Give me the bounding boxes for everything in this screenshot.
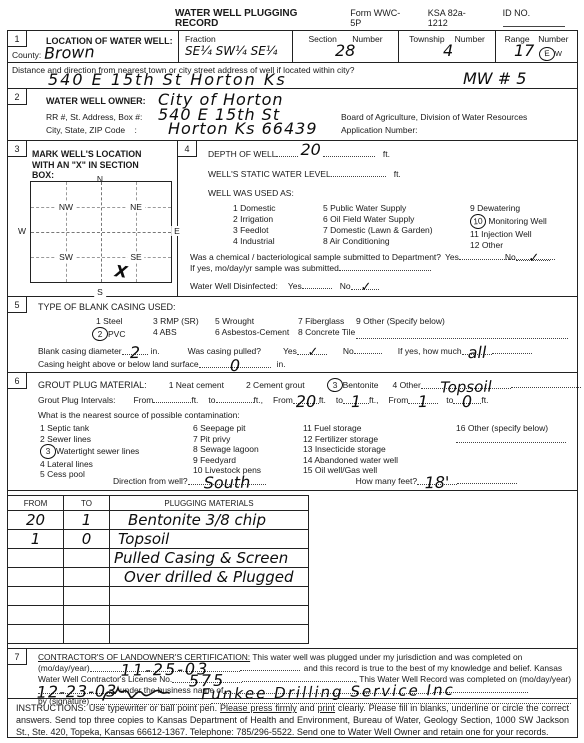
county-value: Brown xyxy=(44,42,95,63)
to-cell xyxy=(64,587,110,606)
casing-option: 4 ABS xyxy=(153,327,177,337)
section5-casing: 5 TYPE OF BLANK CASING USED: 1 Steel 3 R… xyxy=(8,297,577,373)
used-as-option: 11 Injection Well xyxy=(470,229,577,240)
section2-owner: 2 WATER WELL OWNER: City of Horton RR #,… xyxy=(8,89,577,141)
depth-value: 20 xyxy=(300,145,320,155)
range-west: W xyxy=(555,49,562,58)
section6-number: 6 xyxy=(8,373,27,389)
section-value: 28 xyxy=(335,41,355,60)
casing-option: 3 RMP (SR) xyxy=(153,316,199,326)
direction-line: Direction from well? South How many feet… xyxy=(113,475,517,486)
to-cell xyxy=(64,625,110,644)
used-as-option: 6 Oil Field Water Supply xyxy=(323,214,433,225)
depth-unit: ft. xyxy=(383,149,390,159)
static-level-line: WELL'S STATIC WATER LEVEL ft. xyxy=(208,168,401,179)
compass-s-label: S xyxy=(94,287,106,297)
used-as-col2: 5 Public Water Supply 6 Oil Field Water … xyxy=(323,203,433,247)
township-number-label: Number xyxy=(455,34,485,44)
section4-number: 4 xyxy=(178,141,197,157)
fraction-label: Fraction xyxy=(179,31,292,44)
fraction-column: Fraction SE¼ SW¼ SE¼ xyxy=(178,31,292,62)
fraction-value: SE¼ SW¼ SE¼ xyxy=(185,44,277,58)
form-header: WATER WELL PLUGGING RECORD Form WWC-5P K… xyxy=(175,8,584,29)
used-as-option: 9 Dewatering xyxy=(470,203,577,214)
if-yes-line: If yes, mo/day/yr sample was submitted xyxy=(190,262,431,273)
depth-label: DEPTH OF WELL xyxy=(208,149,276,159)
feet-label: How many feet? xyxy=(356,476,417,486)
casing-option: 8 Concrete Tile xyxy=(298,327,355,337)
used-as-option: 3 Feedlot xyxy=(233,225,276,236)
depth-line: DEPTH OF WELL 20 ft. xyxy=(208,147,390,159)
grout-other-label: 4 Other xyxy=(392,380,420,390)
section-column: Section Number 28 xyxy=(292,31,398,62)
instructions-block: INSTRUCTIONS: Use typewriter or ball poi… xyxy=(8,699,577,737)
business-name-value: Funkee Drilling Service Inc xyxy=(202,685,456,699)
range-column: Range Number 17 EW xyxy=(495,31,577,62)
quadrant-ne-label: NE xyxy=(127,202,145,212)
casing-height-value: 0 xyxy=(229,361,239,371)
section7-certification: 7 CONTRACTOR'S OF LANDOWNER'S CERTIFICAT… xyxy=(8,649,577,699)
county-label: County: xyxy=(12,50,41,60)
section1-number: 1 xyxy=(8,31,27,47)
contamination-option: 4 Lateral lines xyxy=(40,459,139,470)
used-as-option: 8 Air Conditioning xyxy=(323,236,433,247)
print-underlined: print xyxy=(318,703,336,713)
direction-label: Direction from well? xyxy=(113,476,188,486)
interval2-to: 1 xyxy=(351,397,361,407)
used-as-option-circled: 10 Monitoring Well xyxy=(470,214,577,229)
casing-height-line: Casing height above or below land surfac… xyxy=(38,359,286,369)
contamination-question: What is the nearest source of possible c… xyxy=(38,410,240,420)
how-much-label: If yes, how much xyxy=(398,346,462,356)
material-cell xyxy=(110,625,309,644)
contamination-option: 13 Insecticide storage xyxy=(303,444,398,455)
casing-option: 5 Wrought xyxy=(215,316,254,326)
to-cell xyxy=(64,568,110,587)
form-title: WATER WELL PLUGGING RECORD xyxy=(175,9,328,29)
chem-sample-line: Was a chemical / bacteriological sample … xyxy=(190,251,550,262)
distance-row: Distance and direction from nearest town… xyxy=(8,63,577,89)
scanned-form-page: WATER WELL PLUGGING RECORD Form WWC-5P K… xyxy=(0,0,584,743)
table-row xyxy=(8,587,309,606)
table-row: Pulled Casing & Screen xyxy=(8,549,309,568)
used-as-col1: 1 Domestic 2 Irrigation 3 Feedlot 4 Indu… xyxy=(233,203,276,247)
board-of-agriculture-label: Board of Agriculture, Division of Water … xyxy=(341,112,527,122)
used-as-option: 5 Public Water Supply xyxy=(323,203,433,214)
grout-intervals-line: Grout Plug Intervals: Fromft. toft., Fro… xyxy=(38,394,488,405)
pulled-yes-checkmark: ✓ xyxy=(307,348,318,358)
section6-grout: 6 GROUT PLUG MATERIAL: 1 Neat cement 2 C… xyxy=(8,373,577,491)
used-as-option: 4 Industrial xyxy=(233,236,276,247)
plugging-table-region: FROM TO PLUGGING MATERIALS 20 1 Bentonit… xyxy=(8,491,577,649)
feet-value: 18' xyxy=(425,478,450,488)
casing-option: 6 Asbestos-Cement xyxy=(215,327,289,337)
contamination-option: 6 Seepage pit xyxy=(193,423,261,434)
direction-value: South xyxy=(203,478,250,489)
contamination-col3: 11 Fuel storage 12 Fertilizer storage 13… xyxy=(303,423,398,476)
casing-height-unit: in. xyxy=(277,359,286,369)
quadrant-sw-label: SW xyxy=(56,252,76,262)
from-cell xyxy=(8,549,64,568)
from-cell xyxy=(8,587,64,606)
table-row xyxy=(8,606,309,625)
id-no-label: ID NO. xyxy=(503,8,584,28)
contamination-option-circled: 3Watertight sewer lines xyxy=(40,444,139,459)
grout-title: GROUT PLUG MATERIAL: xyxy=(38,380,147,390)
material-cell: Bentonite 3/8 chip xyxy=(110,511,309,530)
range-east-circled: E xyxy=(538,46,555,61)
from-cell: 1 xyxy=(8,530,64,549)
contamination-option: 7 Pit privy xyxy=(193,434,261,445)
chem-sample-question: Was a chemical / bacteriological sample … xyxy=(190,252,441,262)
city-label: City, State, ZIP Code : xyxy=(46,125,137,135)
section2-number: 2 xyxy=(8,89,27,105)
contamination-option: 15 Oil well/Gas well xyxy=(303,465,398,476)
interval3-to: 0 xyxy=(462,397,472,407)
township-column: Township Number 4 xyxy=(398,31,495,62)
section3-4-row: 3 MARK WELL'S LOCATION WITH AN "X" IN SE… xyxy=(8,141,577,297)
to-cell xyxy=(64,606,110,625)
diameter-label: Blank casing diameter xyxy=(38,346,122,356)
contamination-option: 2 Sewer lines xyxy=(40,434,139,445)
pulled-no-label: No xyxy=(343,346,354,356)
contamination-option: 11 Fuel storage xyxy=(303,423,398,434)
distance-value: 540 E 15th St Horton Ks xyxy=(48,70,287,89)
diameter-unit: in. xyxy=(151,346,160,356)
contamination-option: 8 Sewage lagoon xyxy=(193,444,261,455)
disinfected-yes-label: Yes xyxy=(288,281,302,291)
to-cell: 1 xyxy=(64,511,110,530)
contamination-option: 1 Septic tank xyxy=(40,423,139,434)
circled-3: 3 xyxy=(326,377,343,392)
quadrant-nw-label: NW xyxy=(56,202,76,212)
static-level-unit: ft. xyxy=(394,169,401,179)
interval2-from: 20 xyxy=(296,397,317,407)
intervals-label: Grout Plug Intervals: xyxy=(38,395,115,405)
section4-well-details: 4 DEPTH OF WELL 20 ft. WELL'S STATIC WAT… xyxy=(178,141,577,297)
township-label: Township xyxy=(409,34,444,44)
chem-no-checkmark: ✓ xyxy=(528,254,539,264)
casing-other-blank xyxy=(356,330,568,340)
interval3-from: 1 xyxy=(418,397,428,407)
table-row: Over drilled & Plugged xyxy=(8,568,309,587)
press-firmly-underlined: Please press firmly xyxy=(220,703,297,713)
section-label: Section xyxy=(308,34,336,44)
casing-option: 7 Fiberglass xyxy=(298,316,344,326)
casing-option: 9 Other (Specify below) xyxy=(356,316,445,326)
grout-option: 1 Neat cement xyxy=(169,380,224,390)
material-cell xyxy=(110,606,309,625)
if-yes-label: If yes, mo/day/yr sample was submitted xyxy=(190,263,339,273)
from-cell xyxy=(8,625,64,644)
cert-line1: CONTRACTOR'S OF LANDOWNER'S CERTIFICATIO… xyxy=(38,652,571,662)
cert-line2: (mo/day/year) 11-25-03 and this record i… xyxy=(38,662,571,673)
to-header: TO xyxy=(64,496,110,511)
contamination-col1: 1 Septic tank 2 Sewer lines 3Watertight … xyxy=(40,423,139,480)
quadrant-se-label: SE xyxy=(127,252,144,262)
from-cell xyxy=(8,568,64,587)
range-value: 17 xyxy=(514,41,534,60)
compass-w-label: W xyxy=(15,226,29,236)
city-value: Horton Ks 66439 xyxy=(168,119,318,138)
contamination-option: 14 Abandoned water well xyxy=(303,455,398,466)
grout-material-line: GROUT PLUG MATERIAL: 1 Neat cement 2 Cem… xyxy=(38,378,581,392)
table-row xyxy=(8,625,309,644)
casing-title: TYPE OF BLANK CASING USED: xyxy=(38,302,176,312)
disinfected-no-checkmark: ✓ xyxy=(360,283,371,293)
contamination-option: 9 Feedyard xyxy=(193,455,261,466)
casing-height-label: Casing height above or below land surfac… xyxy=(38,359,199,369)
used-as-option: 1 Domestic xyxy=(233,203,276,214)
diameter-value: 2 xyxy=(129,348,139,358)
instructions-label: INSTRUCTIONS: xyxy=(16,703,86,713)
section1-location-row: 1 LOCATION OF WATER WELL: County: Brown … xyxy=(8,31,577,63)
material-cell: Topsoil xyxy=(110,530,309,549)
id-no-blank xyxy=(503,18,565,27)
casing-option: 1 Steel xyxy=(96,316,122,326)
plugging-materials-table: FROM TO PLUGGING MATERIALS 20 1 Bentonit… xyxy=(7,495,309,644)
grout-other-value: Topsoil xyxy=(440,382,492,393)
township-value: 4 xyxy=(443,41,453,60)
used-as-option: 7 Domestic (Lawn & Garden) xyxy=(323,225,433,236)
table-row: 1 0 Topsoil xyxy=(8,530,309,549)
casing-option-circled: 2PVC xyxy=(92,327,125,341)
from-header: FROM xyxy=(8,496,64,511)
static-level-label: WELL'S STATIC WATER LEVEL xyxy=(208,169,331,179)
statute-ref: KSA 82a-1212 xyxy=(428,8,481,28)
disinfected-no-label: No xyxy=(340,281,351,291)
section5-number: 5 xyxy=(8,297,27,313)
section-number-label: Number xyxy=(352,34,382,44)
to-cell: 0 xyxy=(64,530,110,549)
casing-pulled-line: Blank casing diameter 2 in. Was casing p… xyxy=(38,345,532,356)
used-as-option: 2 Irrigation xyxy=(233,214,276,225)
owner-label: WATER WELL OWNER: xyxy=(46,96,146,106)
used-as-label: WELL WAS USED AS: xyxy=(208,188,294,198)
section3-number: 3 xyxy=(8,141,27,157)
contamination-option: 16 Other (specify below) xyxy=(456,423,566,434)
pulled-yes-label: Yes xyxy=(283,346,297,356)
grout-option-circled: 3Bentonite xyxy=(327,378,379,392)
form-body: 1 LOCATION OF WATER WELL: County: Brown … xyxy=(7,30,578,738)
contamination-option: 12 Fertilizer storage xyxy=(303,434,398,445)
pulled-question: Was casing pulled? xyxy=(188,346,261,356)
circled-3-watertight: 3 xyxy=(40,443,57,459)
application-number-label: Application Number: xyxy=(341,125,418,135)
address-label: RR #, St. Address, Box #: xyxy=(46,112,142,122)
section7-number: 7 xyxy=(8,649,27,665)
from-cell xyxy=(8,606,64,625)
how-much-value: all xyxy=(467,348,486,358)
chem-yes-label: Yes xyxy=(445,252,459,262)
plss-section-grid: NW NE SW SE X xyxy=(30,181,172,283)
table-row: 20 1 Bentonite 3/8 chip xyxy=(8,511,309,530)
material-cell xyxy=(110,587,309,606)
to-cell xyxy=(64,549,110,568)
circled-10: 10 xyxy=(469,213,486,229)
materials-header: PLUGGING MATERIALS xyxy=(110,496,309,511)
material-cell: Over drilled & Plugged xyxy=(110,568,309,587)
grout-option: 2 Cement grout xyxy=(246,380,305,390)
contamination-col2: 6 Seepage pit 7 Pit privy 8 Sewage lagoo… xyxy=(193,423,261,476)
well-x-mark: X xyxy=(114,261,129,282)
contamination-col4: 16 Other (specify below) xyxy=(456,423,566,444)
section3-location-box: 3 MARK WELL'S LOCATION WITH AN "X" IN SE… xyxy=(8,141,178,297)
circled-2: 2 xyxy=(92,326,109,341)
form-number: Form WWC-5P xyxy=(350,8,405,28)
chem-no-label: No xyxy=(505,252,516,262)
material-cell: Pulled Casing & Screen xyxy=(110,549,309,568)
from-cell: 20 xyxy=(8,511,64,530)
table-header-row: FROM TO PLUGGING MATERIALS xyxy=(8,496,309,511)
disinfected-line: Water Well Disinfected: Yes No ✓ xyxy=(190,280,379,291)
well-note-value: MW # 5 xyxy=(463,69,526,88)
disinfected-label: Water Well Disinfected: xyxy=(190,281,278,291)
